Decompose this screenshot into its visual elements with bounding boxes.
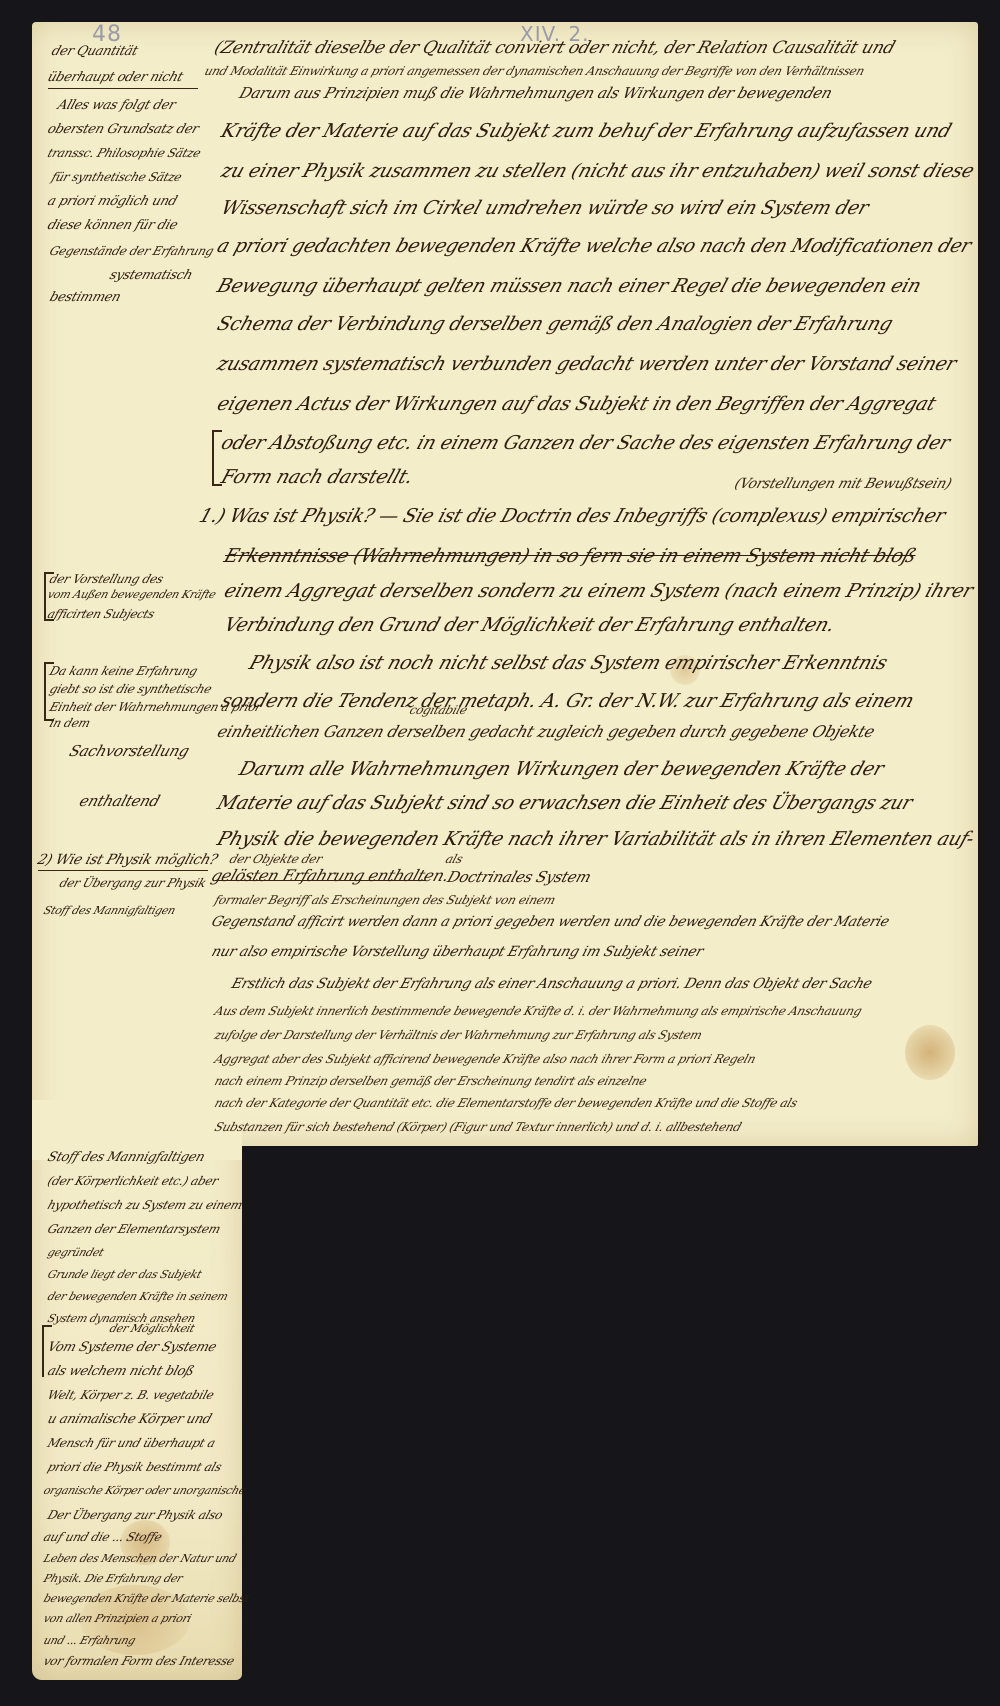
main-text-line: Darum aus Prinzipien muß die Wahrnehmung… <box>237 84 834 102</box>
section-heading-2: 2) Wie ist Physik möglich? <box>35 852 219 868</box>
main-text-line: Bewegung überhaupt gelten müssen nach ei… <box>214 275 923 297</box>
main-text-line: a priori gedachten bewegenden Kräfte wel… <box>214 235 974 257</box>
main-text-line: einem Aggregat derselben sondern zu eine… <box>221 580 975 602</box>
section-heading-1: 1.) Was ist Physik? — Sie ist die Doctri… <box>196 505 948 527</box>
margin-note: als welchem nicht bloß <box>46 1364 196 1379</box>
strikeout-line <box>215 880 425 881</box>
margin-note: für synthetische Sätze <box>50 170 184 184</box>
main-text-line: Darum alle Wahrnehmungen Wirkungen der b… <box>236 758 886 780</box>
ink-stain <box>905 1025 955 1080</box>
main-text-line: Erkenntnisse (Wahrnehmungen) in so fern … <box>221 545 919 567</box>
margin-note: in dem <box>48 716 92 730</box>
main-text-line: nur also empirische Vorstellung überhaup… <box>209 944 705 960</box>
margin-note: Einheit der Wahrnehmungen a prior <box>48 700 263 714</box>
underline-mark <box>48 88 198 89</box>
margin-note: von allen Prinzipien a priori <box>42 1612 193 1625</box>
main-text-line: gelösten Erfahrung enthalten. <box>209 866 452 885</box>
margin-note: Gegenstände der Erfahrung <box>48 244 216 258</box>
margin-note: gegründet <box>46 1246 106 1259</box>
margin-note: Physik. Die Erfahrung der <box>42 1572 184 1585</box>
margin-note: überhaupt oder nicht <box>46 70 185 85</box>
main-text-line: Physik die bewegenden Kräfte nach ihrer … <box>214 828 976 850</box>
margin-note: bewegenden Kräfte der Materie selbst <box>42 1592 251 1605</box>
margin-note: vor formalen Form des Interesse <box>42 1654 236 1668</box>
margin-note: diese können für die <box>46 218 180 233</box>
main-text-line: Verbindung den Grund der Möglichkeit der… <box>221 614 837 636</box>
main-text-line: nach einem Prinzip derselben gemäß der E… <box>213 1074 649 1088</box>
main-text-line: Gegenstand afficirt werden dann a priori… <box>209 914 891 930</box>
main-text-line: Aus dem Subjekt innerlich bestimmende be… <box>213 1004 864 1018</box>
margin-note: giebt so ist die synthetische <box>48 682 214 696</box>
margin-note: Sachvorstellung <box>67 742 191 760</box>
main-text-line: nach der Kategorie der Quantität etc. di… <box>213 1096 799 1110</box>
main-text-line: zufolge der Darstellung der Verhältnis d… <box>213 1028 704 1042</box>
margin-note: vom Außen bewegenden Kräfte <box>46 588 218 601</box>
margin-note: Alles was folgt der <box>56 98 178 113</box>
interlinear-insertion: cogitabile <box>408 703 469 717</box>
margin-note: transsc. Philosophie Sätze <box>46 146 203 160</box>
margin-note: enthaltend <box>77 792 162 810</box>
margin-note: Mensch für und überhaupt a <box>46 1436 217 1450</box>
margin-note: und ... Erfahrung <box>42 1634 137 1647</box>
margin-note: Leben des Menschen der Natur und <box>42 1552 238 1565</box>
main-text-line: Aggregat aber des Subjekt afficirend bew… <box>213 1052 758 1066</box>
margin-note: Welt, Körper z. B. vegetabile <box>46 1388 216 1402</box>
main-text-line: sondern die Tendenz der metaph. A. Gr. d… <box>218 690 916 712</box>
margin-note: systematisch <box>108 268 195 283</box>
margin-note: Ganzen der Elementarsystem <box>46 1222 223 1236</box>
interlinear-insertion: (Vorstellungen mit Bewußtsein) <box>732 476 953 492</box>
margin-note: Stoff des Mannigfaltigen <box>46 1150 207 1165</box>
main-text-line: (Zentralität dieselbe der Qualität convi… <box>212 38 898 58</box>
margin-note: Der Übergang zur Physik also <box>46 1508 225 1522</box>
main-text-line: Schema der Verbindung derselben gemäß de… <box>214 313 895 335</box>
main-text-line: Kräfte der Materie auf das Subjekt zum b… <box>218 120 954 142</box>
margin-note: Stoff des Mannigfaltigen <box>41 900 208 921</box>
interlinear-insertion: der Objekte der <box>228 852 324 866</box>
main-text-line: und Modalität Einwirkung a priori angeme… <box>203 64 867 78</box>
underline-mark <box>38 870 208 871</box>
main-text-line: Doctrinales System <box>445 868 593 886</box>
margin-note: der bewegenden Kräfte in seinem <box>46 1290 230 1303</box>
margin-note: der Übergang zur Physik <box>58 876 208 890</box>
margin-note: afficirten Subjects <box>46 607 157 621</box>
main-text-line: Erstlich das Subjekt der Erfahrung als e… <box>229 976 874 992</box>
margin-note: hypothetisch zu System zu einem <box>46 1198 245 1212</box>
margin-note: obersten Grundsatz der <box>46 122 201 137</box>
margin-note: u animalische Körper und <box>46 1412 214 1427</box>
margin-note: der Quantität <box>50 44 140 59</box>
main-text-line: Materie auf das Subjekt sind so erwachse… <box>214 792 915 814</box>
main-text-line: formaler Begriff als Erscheinungen des S… <box>213 893 557 907</box>
margin-note: auf und die ... Stoffe <box>42 1530 164 1544</box>
main-text-line: eigenen Actus der Wirkungen auf das Subj… <box>214 393 938 415</box>
main-text-line: einheitlichen Ganzen derselben gedacht z… <box>215 722 877 741</box>
main-text-line: Wissenschaft sich im Cirkel umdrehen wür… <box>218 197 871 219</box>
main-text-line: oder Abstoßung etc. in einem Ganzen der … <box>218 432 952 454</box>
margin-note: a priori möglich und <box>46 194 179 209</box>
main-text-line: Form nach darstellt. <box>218 466 415 488</box>
main-text-line: Substanzen für sich bestehend (Körper) (… <box>213 1120 743 1134</box>
main-text-line: zu einer Physik zusammen zu stellen (nic… <box>218 160 976 182</box>
margin-note: Vom Systeme der Systeme <box>46 1340 219 1355</box>
margin-note: organische Körper oder unorganische <box>42 1484 247 1497</box>
main-text-line: zusammen systematisch verbunden gedacht … <box>214 353 959 375</box>
margin-note: Grunde liegt der das Subjekt <box>46 1268 203 1281</box>
margin-note: Da kann keine Erfahrung <box>48 664 200 678</box>
margin-note: der Vorstellung des <box>48 572 165 586</box>
margin-note: priori die Physik bestimmt als <box>46 1460 224 1474</box>
margin-note: der Möglichkeit <box>108 1322 196 1335</box>
margin-note: (der Körperlichkeit etc.) aber <box>46 1174 220 1188</box>
main-text-line: Physik also ist noch nicht selbst das Sy… <box>246 652 890 674</box>
margin-note: bestimmen <box>48 290 123 305</box>
